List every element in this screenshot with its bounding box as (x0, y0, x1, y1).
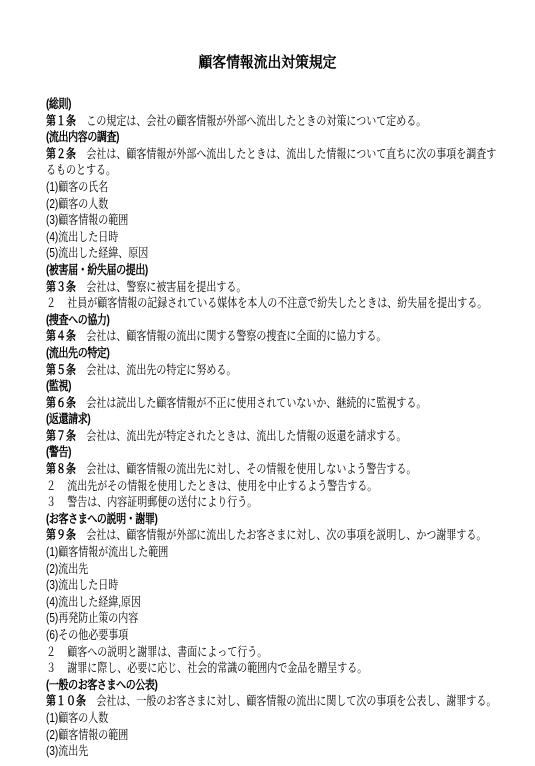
document-line-article: 第１０条会社は、一般のお客さまに対し、顧客情報の流出に関して次の事項を公表し、謝… (46, 693, 534, 710)
document-line-heading: (返還請求) (46, 411, 534, 428)
line-text: 会社は、顧客情報が外部へ流出したときは、流出した情報について直ちに次の事項を調査… (86, 147, 496, 161)
line-number-label: ２ (46, 645, 56, 659)
line-number-label: 第８条 (46, 462, 76, 476)
line-text: 顧客への説明と謝罪は、書面によって行う。 (67, 645, 267, 659)
line-number-label: 第１０条 (46, 694, 86, 708)
document-line-item: (6)その他必要事項 (46, 627, 534, 644)
document-line-heading: (流出内容の調査) (46, 129, 534, 146)
line-text: 謝罪に際し、必要に応じ、社会的常識の範囲内で金品を贈呈する。 (67, 661, 367, 675)
line-text: 会社は、警察に被害届を提出する。 (86, 280, 246, 294)
line-number-label: ３ (46, 661, 56, 675)
document-body: (総則)第１条この規定は、会社の顧客情報が外部へ流出したときの対策について定める… (46, 96, 534, 760)
line-number-label: ２ (46, 479, 56, 493)
line-number-label: ２ (46, 296, 56, 310)
line-number-label: 第９条 (46, 528, 76, 542)
document-line-item: (1)顧客情報が流出した範囲 (46, 544, 534, 561)
document-line-sub: ２顧客への説明と謝罪は、書面によって行う。 (46, 644, 534, 661)
document-line-item: (3)流出先 (46, 743, 534, 760)
document-line-article: 第６条会社は読出した顧客情報が不正に使用されていないか、継続的に監視する。 (46, 395, 534, 412)
line-text: 会社は、流出先の特定に努める。 (86, 363, 236, 377)
line-text: 警告は、内容証明郵便の送付により行う。 (67, 495, 257, 509)
document-line-item: (1)顧客の人数 (46, 710, 534, 727)
line-text: 会社は、顧客情報の流出に関する警察の捜査に全面的に協力する。 (86, 329, 386, 343)
document-line-article: 第８条会社は、顧客情報の流出先に対し、その情報を使用しないよう警告する。 (46, 461, 534, 478)
document-line-plain: るものとする。 (46, 162, 534, 179)
document-line-article: 第４条会社は、顧客情報の流出に関する警察の捜査に全面的に協力する。 (46, 328, 534, 345)
document-line-heading: (被害届・紛失届の提出) (46, 262, 534, 279)
document-line-heading: (捜査への協力) (46, 312, 534, 329)
line-number-label: 第５条 (46, 363, 76, 377)
document-line-article: 第７条会社は、流出先が特定されたときは、流出した情報の返還を請求する。 (46, 428, 534, 445)
document-line-item: (4)流出した経緯,原因 (46, 594, 534, 611)
document-page: 顧客情報流出対策規定 (総則)第１条この規定は、会社の顧客情報が外部へ流出したと… (0, 0, 535, 766)
document-line-heading: (警告) (46, 444, 534, 461)
document-line-item: (4)流出した日時 (46, 229, 534, 246)
document-line-heading: (お客さまへの説明・謝罪) (46, 511, 534, 528)
line-text: 会社は、顧客情報が外部に流出したお客さまに対し、次の事項を説明し、かつ謝罪する。 (86, 528, 486, 542)
document-line-heading: (総則) (46, 96, 534, 113)
line-text: 流出先がその情報を使用したときは、使用を中止するよう警告する。 (67, 479, 377, 493)
line-text: 会社は、一般のお客さまに対し、顧客情報の流出に関して次の事項を公表し、謝罪する。 (96, 694, 496, 708)
line-number-label: ３ (46, 495, 56, 509)
document-line-sub: ３警告は、内容証明郵便の送付により行う。 (46, 494, 534, 511)
document-line-heading: (流出先の特定) (46, 345, 534, 362)
document-line-item: (2)顧客情報の範囲 (46, 727, 534, 744)
document-line-sub: ２社員が顧客情報の記録されている媒体を本人の不注意で紛失したときは、紛失届を提出… (46, 295, 534, 312)
document-line-heading: (一般のお客さまへの公表) (46, 677, 534, 694)
document-line-item: (3)顧客情報の範囲 (46, 212, 534, 229)
line-number-label: 第６条 (46, 396, 76, 410)
document-line-article: 第２条会社は、顧客情報が外部へ流出したときは、流出した情報について直ちに次の事項… (46, 146, 534, 163)
document-line-item: (1)顧客の氏名 (46, 179, 534, 196)
document-line-item: (5)再発防止策の内容 (46, 610, 534, 627)
line-text: 会社は、流出先が特定されたときは、流出した情報の返還を請求する。 (86, 429, 406, 443)
document-line-article: 第９条会社は、顧客情報が外部に流出したお客さまに対し、次の事項を説明し、かつ謝罪… (46, 527, 534, 544)
document-line-item: (5)流出した経緯、原因 (46, 245, 534, 262)
document-line-article: 第１条この規定は、会社の顧客情報が外部へ流出したときの対策について定める。 (46, 113, 534, 130)
document-line-sub: ３謝罪に際し、必要に応じ、社会的常識の範囲内で金品を贈呈する。 (46, 660, 534, 677)
document-line-article: 第５条会社は、流出先の特定に努める。 (46, 362, 534, 379)
line-number-label: 第４条 (46, 329, 76, 343)
line-text: 会社は、顧客情報の流出先に対し、その情報を使用しないよう警告する。 (86, 462, 416, 476)
line-number-label: 第３条 (46, 280, 76, 294)
document-line-item: (2)顧客の人数 (46, 196, 534, 213)
line-text: 社員が顧客情報の記録されている媒体を本人の不注意で紛失したときは、紛失届を提出す… (67, 296, 487, 310)
document-line-heading: (監視) (46, 378, 534, 395)
document-line-item: (3)流出した日時 (46, 577, 534, 594)
line-number-label: 第１条 (46, 114, 76, 128)
line-text: 会社は読出した顧客情報が不正に使用されていないか、継続的に監視する。 (86, 396, 426, 410)
line-number-label: 第７条 (46, 429, 76, 443)
document-line-sub: ２流出先がその情報を使用したときは、使用を中止するよう警告する。 (46, 478, 534, 495)
document-title: 顧客情報流出対策規定 (21, 51, 513, 72)
document-line-item: (2)流出先 (46, 561, 534, 578)
document-line-article: 第３条会社は、警察に被害届を提出する。 (46, 279, 534, 296)
line-number-label: 第２条 (46, 147, 76, 161)
line-text: この規定は、会社の顧客情報が外部へ流出したときの対策について定める。 (86, 114, 426, 128)
